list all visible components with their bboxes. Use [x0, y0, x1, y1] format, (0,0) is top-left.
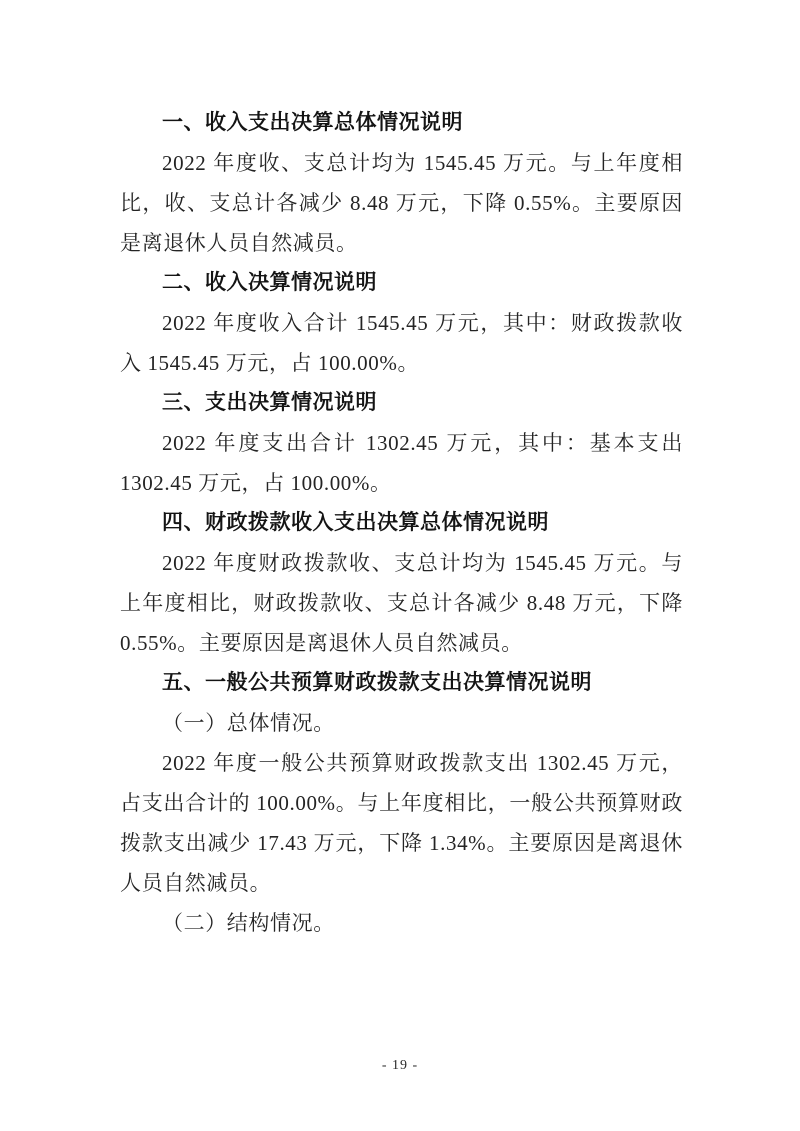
section-paragraph-2: 2022 年度收入合计 1545.45 万元，其中：财政拨款收入 1545.45…: [120, 303, 683, 383]
section-paragraph-3: 2022 年度支出合计 1302.45 万元，其中：基本支出 1302.45 万…: [120, 423, 683, 503]
section-paragraph-1: 2022 年度收、支总计均为 1545.45 万元。与上年度相比，收、支总计各减…: [120, 143, 683, 263]
section-heading-2: 二、收入决算情况说明: [120, 263, 683, 303]
section-heading-5: 五、一般公共预算财政拨款支出决算情况说明: [120, 663, 683, 703]
section-heading-4: 四、财政拨款收入支出决算总体情况说明: [120, 503, 683, 543]
page-number: - 19 -: [0, 1058, 800, 1074]
section-paragraph-5: 2022 年度一般公共预算财政拨款支出 1302.45 万元，占支出合计的 10…: [120, 743, 683, 903]
section-heading-1: 一、收入支出决算总体情况说明: [120, 103, 683, 143]
document-page: 一、收入支出决算总体情况说明 2022 年度收、支总计均为 1545.45 万元…: [0, 0, 800, 1131]
subsection-heading-5-1: （一）总体情况。: [120, 703, 683, 743]
subsection-heading-5-2: （二）结构情况。: [120, 903, 683, 943]
document-body: 一、收入支出决算总体情况说明 2022 年度收、支总计均为 1545.45 万元…: [120, 103, 683, 943]
section-paragraph-4: 2022 年度财政拨款收、支总计均为 1545.45 万元。与上年度相比，财政拨…: [120, 543, 683, 663]
section-heading-3: 三、支出决算情况说明: [120, 383, 683, 423]
